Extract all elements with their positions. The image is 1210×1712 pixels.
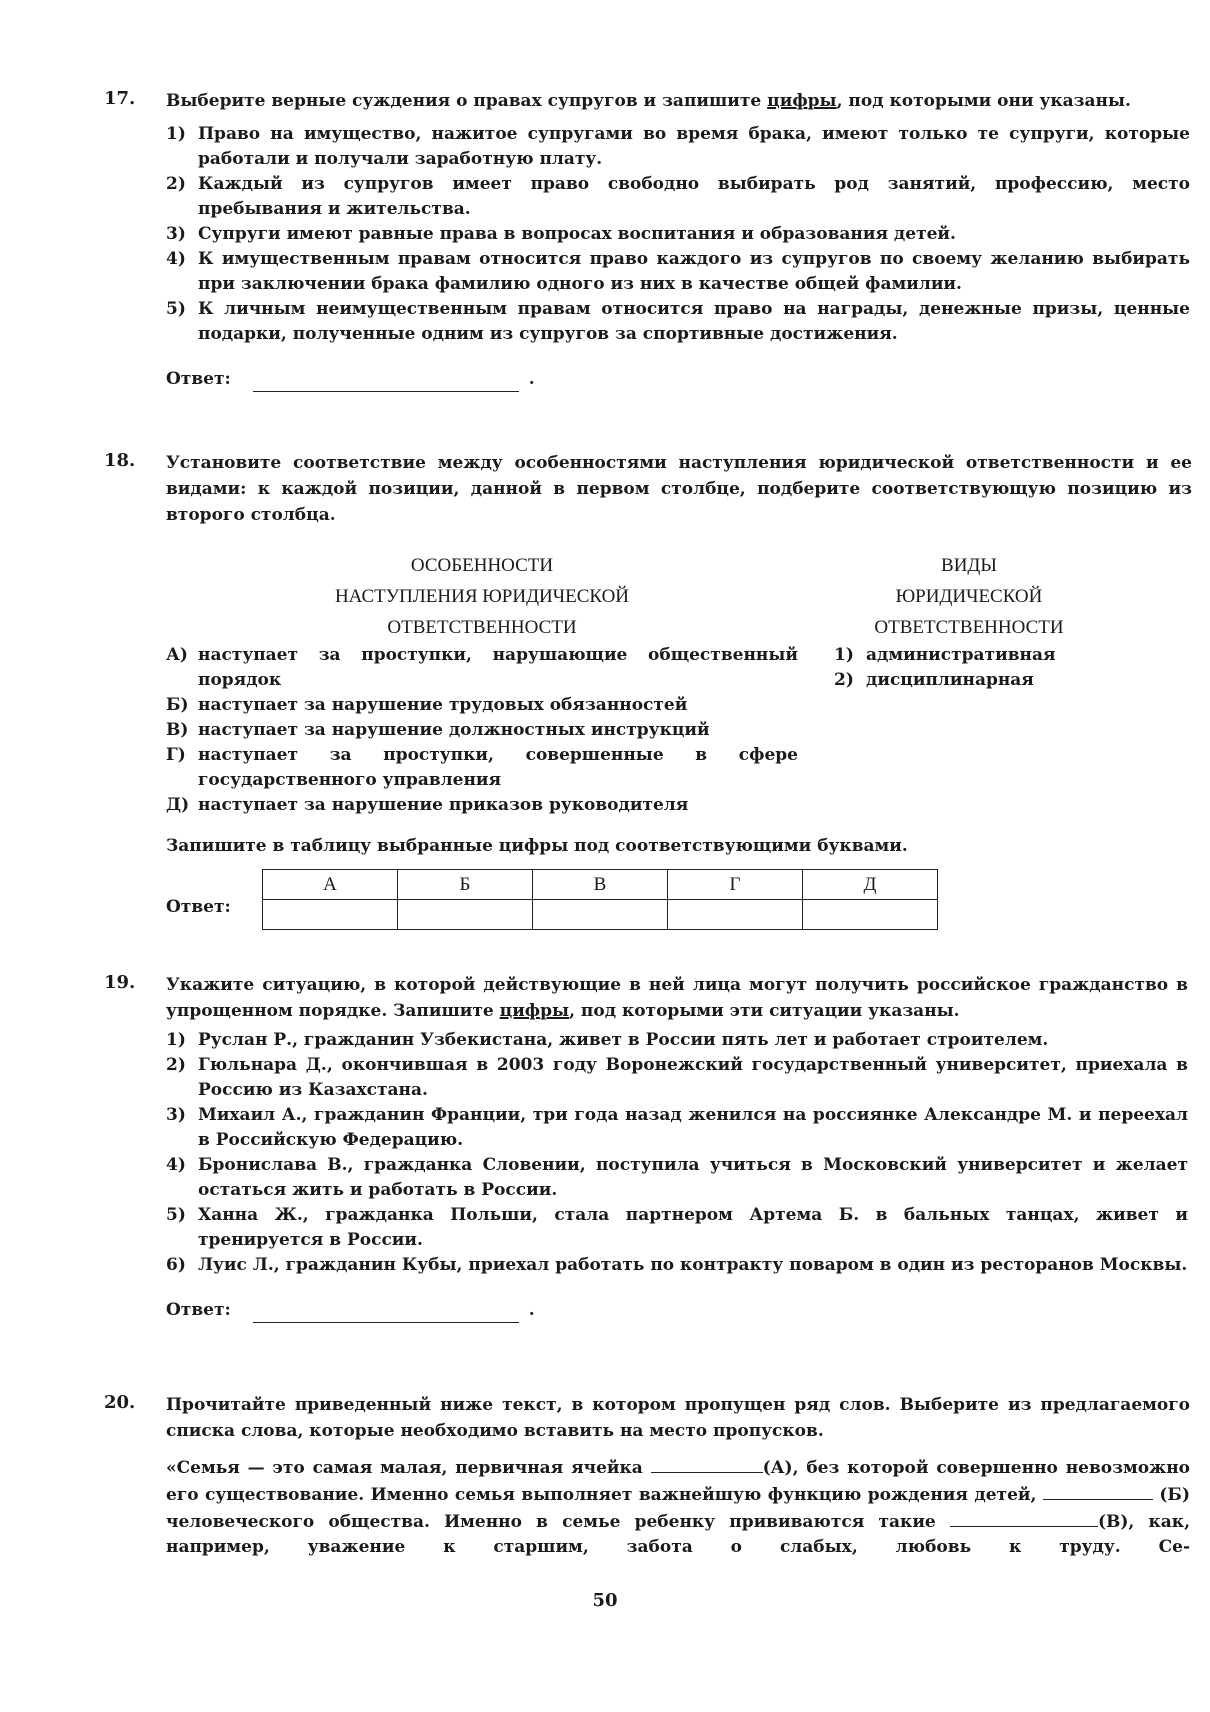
- task-number: 18.: [104, 450, 135, 471]
- option-1[interactable]: 1)Руслан Р., гражданин Узбекистана, живе…: [166, 1028, 1188, 1053]
- table-cell-v[interactable]: [533, 900, 668, 930]
- gap-a[interactable]: [651, 1454, 763, 1473]
- gap-b[interactable]: [1043, 1481, 1153, 1500]
- table-cell-a[interactable]: [263, 900, 398, 930]
- answer-label: Ответ:: [166, 1298, 231, 1323]
- page-number: 50: [0, 1590, 1210, 1611]
- answer-label: Ответ:: [166, 895, 231, 920]
- answer-field[interactable]: [253, 1304, 519, 1323]
- table-cell-g[interactable]: [668, 900, 803, 930]
- feature-a: А)наступает за проступки, нарушающие общ…: [166, 643, 798, 693]
- gap-v[interactable]: [950, 1508, 1098, 1527]
- task-stem: Прочитайте приведенный ниже текст, в кот…: [166, 1392, 1190, 1444]
- option-3[interactable]: 3)Михаил А., гражданин Франции, три года…: [166, 1103, 1188, 1153]
- table-cell-d[interactable]: [803, 900, 938, 930]
- answer-label: Ответ:: [166, 367, 231, 392]
- table-instruction: Запишите в таблицу выбранные цифры под с…: [166, 834, 1192, 859]
- option-4[interactable]: 4)Бронислава В., гражданка Словении, пос…: [166, 1153, 1188, 1203]
- option-3[interactable]: 3)Супруги имеют равные права в вопросах …: [166, 222, 1190, 247]
- option-2[interactable]: 2)Каждый из супругов имеет право свободн…: [166, 172, 1190, 222]
- passage-text: «Семья — это самая малая, первичная ячей…: [166, 1454, 1190, 1560]
- answer-table: А Б В Г Д: [262, 869, 938, 930]
- table-header-a: А: [263, 870, 398, 900]
- emphasis-digits: цифры: [767, 91, 836, 111]
- feature-b: Б)наступает за нарушение трудовых обязан…: [166, 693, 798, 718]
- column-header: ВИДЫ ЮРИДИЧЕСКОЙ ОТВЕТСТВЕННОСТИ: [834, 550, 1104, 643]
- column-header: ОСОБЕННОСТИ НАСТУПЛЕНИЯ ЮРИДИЧЕСКОЙ ОТВЕ…: [166, 550, 798, 643]
- task-stem: Установите соответствие между особенност…: [166, 450, 1192, 528]
- feature-d: Д)наступает за нарушение приказов руково…: [166, 793, 798, 818]
- answer-row: Ответ: .: [166, 1298, 1188, 1323]
- matching-columns: ОСОБЕННОСТИ НАСТУПЛЕНИЯ ЮРИДИЧЕСКОЙ ОТВЕ…: [166, 550, 1192, 818]
- features-column: ОСОБЕННОСТИ НАСТУПЛЕНИЯ ЮРИДИЧЕСКОЙ ОТВЕ…: [166, 550, 798, 818]
- task-number: 20.: [104, 1392, 135, 1413]
- table-header-v: В: [533, 870, 668, 900]
- feature-g: Г)наступает за проступки, совершенные в …: [166, 743, 798, 793]
- answer-row: Ответ: .: [166, 367, 1190, 392]
- table-header-g: Г: [668, 870, 803, 900]
- option-6[interactable]: 6)Луис Л., гражданин Кубы, приехал работ…: [166, 1253, 1188, 1278]
- option-5[interactable]: 5)Ханна Ж., гражданка Польши, стала парт…: [166, 1203, 1188, 1253]
- option-2[interactable]: 2)Гюльнара Д., окончившая в 2003 году Во…: [166, 1053, 1188, 1103]
- answer-field[interactable]: [253, 373, 519, 392]
- type-1: 1)административная: [834, 643, 1124, 668]
- task-stem: Выберите верные суждения о правах супруг…: [166, 88, 1190, 114]
- option-1[interactable]: 1)Право на имущество, нажитое супругами …: [166, 122, 1190, 172]
- table-header-d: Д: [803, 870, 938, 900]
- table-cell-b[interactable]: [398, 900, 533, 930]
- task-stem: Укажите ситуацию, в которой действующие …: [166, 972, 1188, 1024]
- emphasis-digits: цифры: [500, 1001, 569, 1021]
- option-5[interactable]: 5)К личным неимущественным правам относи…: [166, 297, 1190, 347]
- type-2: 2)дисциплинарная: [834, 668, 1124, 693]
- task-number: 17.: [104, 88, 135, 109]
- feature-v: В)наступает за нарушение должностных инс…: [166, 718, 798, 743]
- types-column: ВИДЫ ЮРИДИЧЕСКОЙ ОТВЕТСТВЕННОСТИ 1)админ…: [834, 550, 1124, 818]
- task-number: 19.: [104, 972, 135, 993]
- option-4[interactable]: 4)К имущественным правам относится право…: [166, 247, 1190, 297]
- table-header-b: Б: [398, 870, 533, 900]
